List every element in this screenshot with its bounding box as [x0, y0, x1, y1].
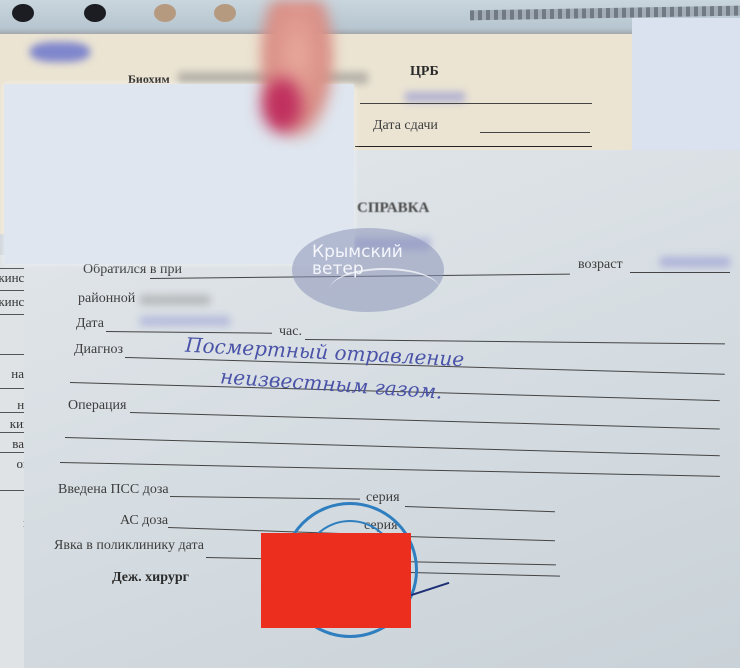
- date-submitted-line[interactable]: [480, 132, 590, 133]
- punch-hole: [154, 4, 176, 22]
- background-paper-blue: [632, 18, 740, 153]
- series-label-1: серия: [366, 490, 400, 506]
- punch-hole: [214, 4, 236, 22]
- watermark-line-2: ветер: [312, 261, 403, 278]
- age-label: возраст: [578, 257, 623, 273]
- pss-dose-label: Введена ПСС доза: [58, 482, 169, 498]
- form-title: СПРАВКА: [357, 200, 429, 217]
- date-label: Дата: [76, 316, 104, 332]
- age-line[interactable]: [630, 272, 730, 273]
- surgeon-label: Деж. хирург: [112, 570, 189, 586]
- date-submitted-label: Дата сдачи: [373, 118, 438, 134]
- blurred-fingernail: [262, 78, 302, 132]
- punch-hole: [84, 4, 106, 22]
- handwriting-blur: [30, 42, 90, 62]
- as-dose-label: АС доза: [120, 513, 168, 529]
- blurred-text: [140, 295, 210, 305]
- back-form-header-right: ЦРБ: [410, 64, 439, 80]
- blurred-handwriting: [405, 92, 465, 102]
- diagnosis-label: Диагноз: [74, 342, 123, 358]
- hospital-label: районной: [78, 291, 135, 307]
- blurred-handwriting: [660, 257, 730, 267]
- punch-hole: [12, 4, 34, 22]
- operation-label: Операция: [68, 398, 126, 414]
- field-line: [355, 146, 592, 147]
- field-line: [360, 103, 592, 104]
- redaction-box: [261, 533, 411, 628]
- blurred-handwriting: [140, 316, 230, 326]
- watermark-text: Крымский ветер: [312, 244, 403, 278]
- clinic-visit-label: Явка в поликлинику дата: [54, 538, 204, 554]
- applied-label: Обратился в при: [83, 262, 182, 278]
